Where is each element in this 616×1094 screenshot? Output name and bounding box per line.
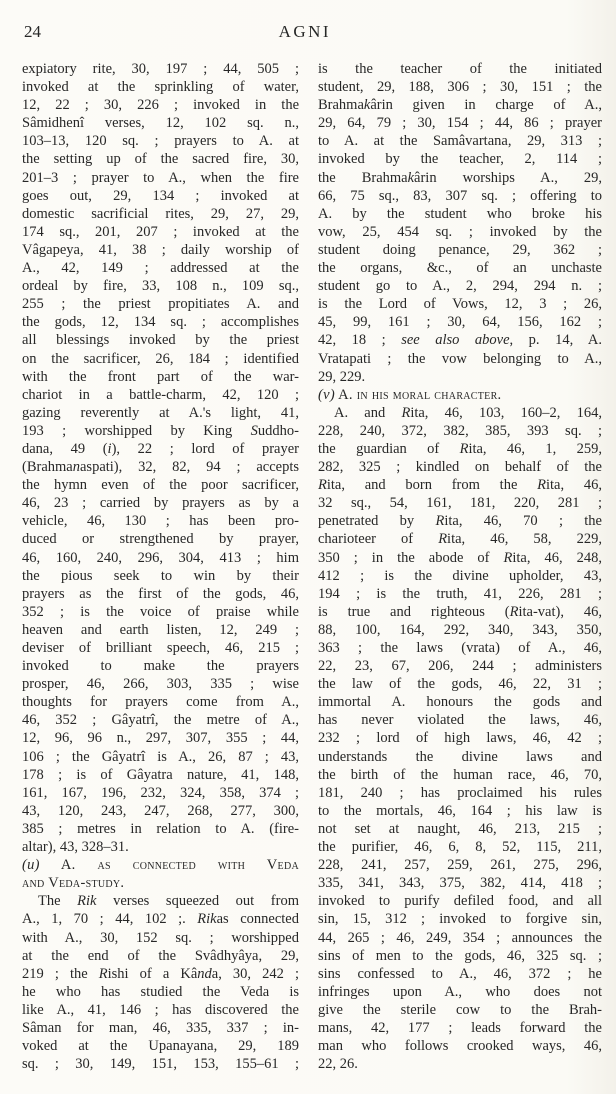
text-line: domestic sacrificial rites, 29, 27, 29, [22, 205, 299, 223]
text-line: the law of the gods, 46, 22, 31 ; [318, 675, 602, 693]
text-line: altar), 43, 328–31. [22, 838, 299, 856]
text-line: like A., 41, 146 ; has discovered the [22, 1001, 299, 1019]
text-line: heaven and earth listen, 12, 249 ; [22, 621, 299, 639]
text-line: 178 ; is of Gâyatra nature, 41, 148, [22, 766, 299, 784]
text-line: Sâmidhenî verses, 12, 102 sq. n., [22, 114, 299, 132]
text-line: 232 ; lord of high laws, 46, 42 ; [318, 729, 602, 747]
text-line: invoked to make the prayers [22, 657, 299, 675]
text-line: expiatory rite, 30, 197 ; 44, 505 ; [22, 60, 299, 78]
text-line: chariot in a battle-charm, 42, 120 ; [22, 386, 299, 404]
text-line: 228, 241, 257, 259, 261, 275, 296, [318, 856, 602, 874]
text-line: 228, 240, 372, 382, 385, 393 sq. ; [318, 422, 602, 440]
text-line: the organs, &c., of an unchaste [318, 259, 602, 277]
text-line: vehicle, 46, 130 ; has been pro- [22, 512, 299, 530]
text-line: is the Lord of Vows, 12, 3 ; 26, [318, 295, 602, 313]
text-line: 201–3 ; prayer to A., when the fire [22, 169, 299, 187]
text-line: the hymn even of the poor sacrificer, [22, 476, 299, 494]
text-line: 46, 352 ; Gâyatrî, the metre of A., [22, 711, 299, 729]
page-header: 24 AGNI [0, 22, 616, 46]
text-line: 12, 22 ; 30, 226 ; invoked in the [22, 96, 299, 114]
text-line: Rita, and born from the Rita, 46, [318, 476, 602, 494]
section-heading-line: and Veda-study. [22, 874, 299, 892]
text-line: 352 ; is the voice of praise while [22, 603, 299, 621]
text-line: all blessings invoked by the priest [22, 331, 299, 349]
text-line: Vratapati ; the vow belonging to A., [318, 350, 602, 368]
text-line: to A. at the Samâvartana, 29, 313 ; [318, 132, 602, 150]
text-line: invoked by the teacher, 2, 114 ; [318, 150, 602, 168]
text-line: the guardian of Rita, 46, 1, 259, [318, 440, 602, 458]
text-line: at the end of the Svâdhyâya, 29, [22, 947, 299, 965]
text-line: ordeal by fire, 33, 108 n., 109 sq., [22, 277, 299, 295]
text-line: voked at the Upanayana, 29, 189 [22, 1037, 299, 1055]
text-line: sins of men to the gods, 46, 325 sq. ; [318, 947, 602, 965]
text-line: 22, 26. [318, 1055, 602, 1073]
text-line: the purifier, 46, 6, 8, 52, 115, 211, [318, 838, 602, 856]
text-line: sin, 15, 312 ; invoked to forgive sin, [318, 910, 602, 928]
text-line: on the sacrificer, 26, 184 ; identified [22, 350, 299, 368]
text-line: vow, 25, 454 sq. ; invoked by the [318, 223, 602, 241]
text-line: has never violated the laws, 46, [318, 711, 602, 729]
text-line: 194 ; is the truth, 41, 226, 281 ; [318, 585, 602, 603]
text-line: student, 29, 188, 306 ; 30, 151 ; the [318, 78, 602, 96]
text-line: 181, 240 ; has proclaimed his rules [318, 784, 602, 802]
text-line: the gods, 12, 134 sq. ; accomplishes [22, 313, 299, 331]
text-line: with the front part of the war- [22, 368, 299, 386]
text-line: 46, 23 ; carried by prayers as by a [22, 494, 299, 512]
text-line: 335, 341, 343, 375, 382, 414, 418 ; [318, 874, 602, 892]
text-line: 219 ; the Rishi of a Kânda, 30, 242 ; [22, 965, 299, 983]
text-line: 174 sq., 201, 207 ; invoked at the [22, 223, 299, 241]
text-line: 385 ; metres in relation to A. (fire- [22, 820, 299, 838]
text-line: 22, 23, 67, 206, 244 ; administers [318, 657, 602, 675]
text-line: Sâman for man, 46, 335, 337 ; in- [22, 1019, 299, 1037]
text-line: deviser of brilliant speech, 46, 215 ; [22, 639, 299, 657]
text-line: 42, 18 ; see also above, p. 14, A. [318, 331, 602, 349]
text-line: student doing penance, 29, 362 ; [318, 241, 602, 259]
text-line: gazing reverently at A.'s light, 41, [22, 404, 299, 422]
text-line: is the teacher of the initiated [318, 60, 602, 78]
text-line: 44, 265 ; 46, 249, 354 ; announces the [318, 929, 602, 947]
text-line: 43, 120, 243, 247, 268, 277, 300, [22, 802, 299, 820]
text-line: the birth of the human race, 46, 70, [318, 766, 602, 784]
text-line: invoked to purify defiled food, and all [318, 892, 602, 910]
running-title: AGNI [279, 22, 332, 42]
text-line: 255 ; the priest propitiates A. and [22, 295, 299, 313]
section-heading-line: (u) A. as connected with Veda [22, 856, 299, 874]
text-line: Brahmakârin given in charge of A., [318, 96, 602, 114]
text-line: immortal A. honours the gods and [318, 693, 602, 711]
text-line: is true and righteous (Rita-vat), 46, [318, 603, 602, 621]
text-line: 363 ; the laws (vrata) of A., 46, [318, 639, 602, 657]
text-line: goes out, 29, 134 ; invoked at [22, 187, 299, 205]
text-line: sins confessed to A., 46, 372 ; he [318, 965, 602, 983]
text-line: duced or strengthened by prayer, [22, 530, 299, 548]
left-column: expiatory rite, 30, 197 ; 44, 505 ;invok… [22, 60, 299, 1073]
text-line: 161, 167, 196, 232, 324, 358, 374 ; [22, 784, 299, 802]
text-line: 29, 64, 79 ; 30, 154 ; 44, 86 ; prayer [318, 114, 602, 132]
text-line: A., 42, 149 ; addressed at the [22, 259, 299, 277]
text-line: student go to A., 2, 294, 294 n. ; [318, 277, 602, 295]
text-line: 103–13, 120 sq. ; prayers to A. at [22, 132, 299, 150]
text-line: thoughts for prayers come from A., [22, 693, 299, 711]
text-line: with A., 30, 152 sq. ; worshipped [22, 929, 299, 947]
text-line: 12, 96, 96 n., 297, 307, 355 ; 44, [22, 729, 299, 747]
text-line: the setting up of the sacred fire, 30, [22, 150, 299, 168]
text-line: 350 ; in the abode of Rita, 46, 248, [318, 549, 602, 567]
book-page: 24 AGNI expiatory rite, 30, 197 ; 44, 50… [0, 0, 616, 1094]
text-line: sq. ; 30, 149, 151, 153, 155–61 ; [22, 1055, 299, 1073]
text-line: A. and Rita, 46, 103, 160–2, 164, [318, 404, 602, 422]
text-line: infringes upon A., who does not [318, 983, 602, 1001]
text-line: the Brahmakârin worships A., 29, [318, 169, 602, 187]
text-line: prayers as the first of the gods, 46, [22, 585, 299, 603]
text-line: charioteer of Rita, 46, 58, 229, [318, 530, 602, 548]
text-line: to the mortals, 46, 164 ; his law is [318, 802, 602, 820]
text-line: mans, 42, 177 ; leads forward the [318, 1019, 602, 1037]
text-line: 88, 100, 164, 292, 340, 343, 350, [318, 621, 602, 639]
text-line: (Brahmanaspati), 32, 82, 94 ; accepts [22, 458, 299, 476]
text-line: 45, 99, 161 ; 30, 64, 156, 162 ; [318, 313, 602, 331]
text-line: 193 ; worshipped by King Suddho- [22, 422, 299, 440]
text-line: penetrated by Rita, 46, 70 ; the [318, 512, 602, 530]
text-line: he who has studied the Veda is [22, 983, 299, 1001]
section-heading-line: (v) A. in his moral character. [318, 386, 602, 404]
text-line: man who follows crooked ways, 46, [318, 1037, 602, 1055]
text-line: not set at naught, 46, 213, 215 ; [318, 820, 602, 838]
text-line: 46, 160, 240, 296, 304, 413 ; him [22, 549, 299, 567]
right-column: is the teacher of the initiatedstudent, … [318, 60, 602, 1073]
text-line: dana, 49 (i), 22 ; lord of prayer [22, 440, 299, 458]
text-line: The Rik verses squeezed out from [22, 892, 299, 910]
text-columns: expiatory rite, 30, 197 ; 44, 505 ;invok… [22, 60, 602, 1073]
text-line: the pious seek to win by their [22, 567, 299, 585]
text-line: A. by the student who broke his [318, 205, 602, 223]
text-line: Vâgapeya, 41, 38 ; daily worship of [22, 241, 299, 259]
text-line: 412 ; is the divine upholder, 43, [318, 567, 602, 585]
text-line: invoked at the sprinkling of water, [22, 78, 299, 96]
text-line: give the sterile cow to the Brah- [318, 1001, 602, 1019]
text-line: 29, 229. [318, 368, 602, 386]
text-line: prosper, 46, 266, 303, 335 ; wise [22, 675, 299, 693]
text-line: A., 1, 70 ; 44, 102 ;. Rikas connected [22, 910, 299, 928]
text-line: understands the divine laws and [318, 748, 602, 766]
text-line: 282, 325 ; kindled on behalf of the [318, 458, 602, 476]
text-line: 106 ; the Gâyatrî is A., 26, 87 ; 43, [22, 748, 299, 766]
text-line: 32 sq., 54, 161, 181, 220, 281 ; [318, 494, 602, 512]
text-line: 66, 75 sq., 83, 307 sq. ; offering to [318, 187, 602, 205]
page-number: 24 [24, 22, 41, 42]
